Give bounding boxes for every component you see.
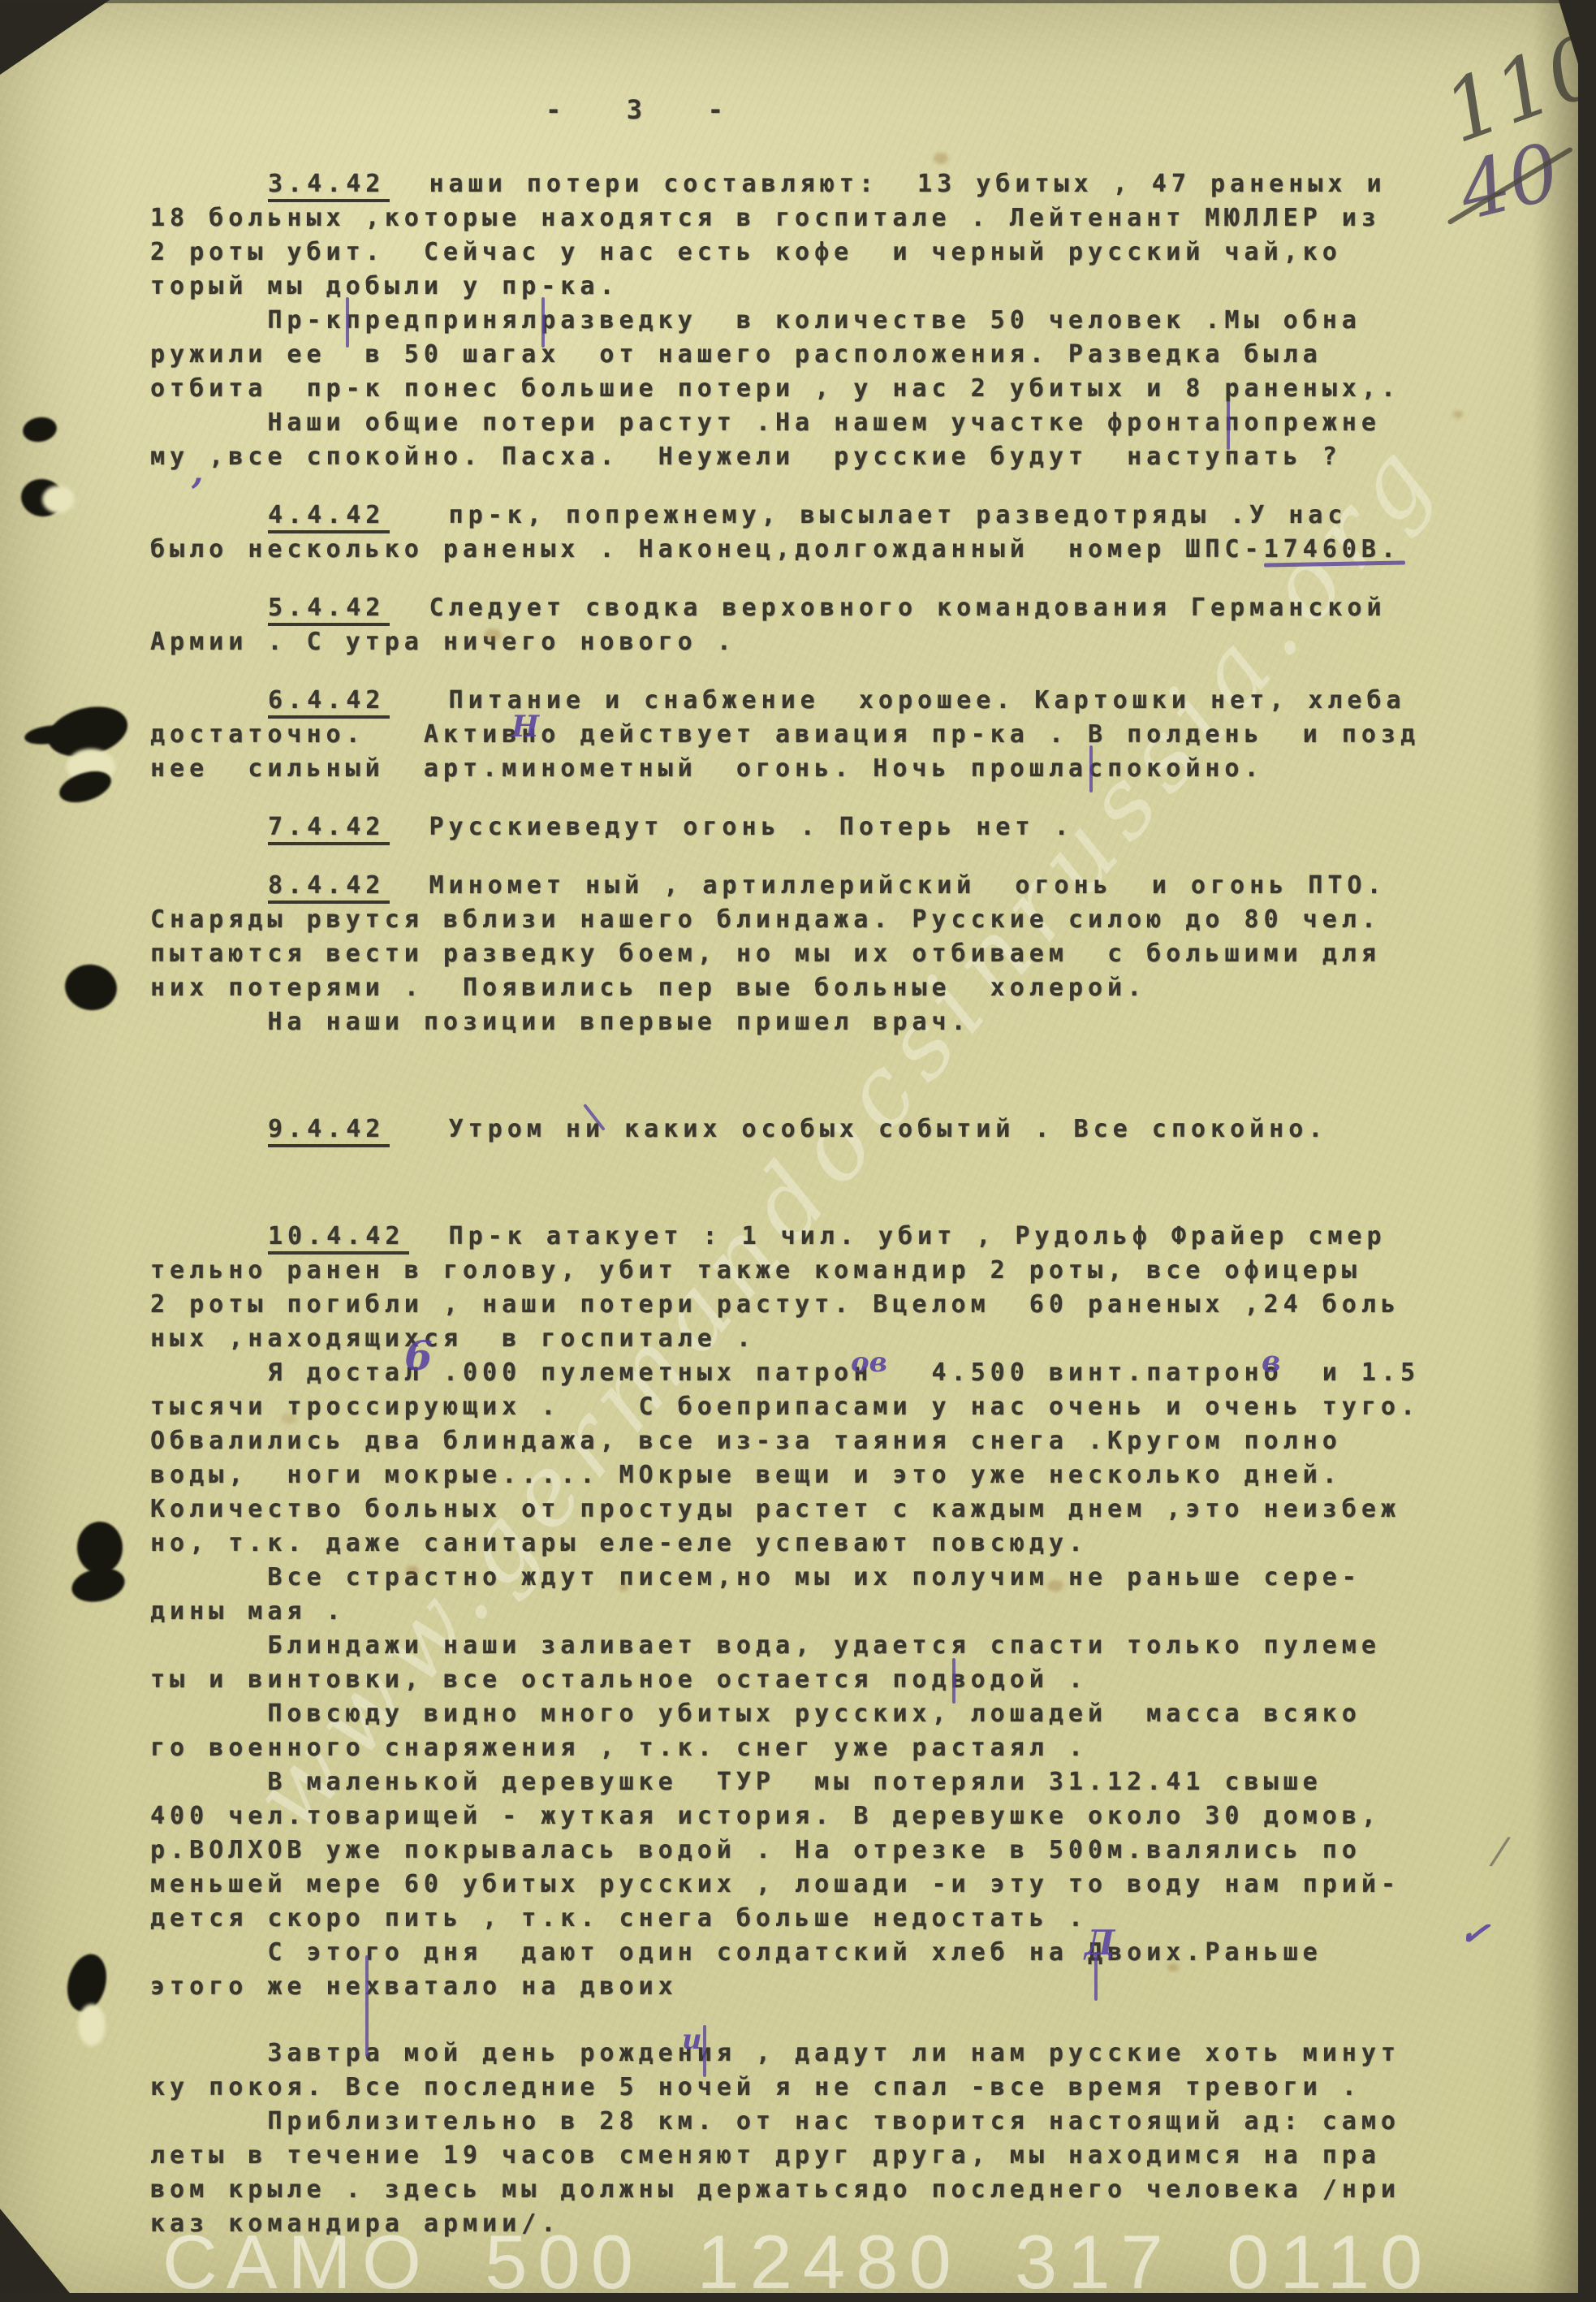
text-line: 7.4.42 Русскиеведут огонь . Потерь нет .	[150, 810, 1482, 844]
text-line: ружили ее в 50 шагах от нашего расположе…	[150, 338, 1482, 372]
stain	[1047, 1580, 1063, 1592]
text-line: было несколько раненых . Наконец,долгожд…	[150, 533, 1482, 567]
text-line: леты в течение 19 часов сменяют друг дру…	[150, 2139, 1482, 2173]
text-line: Армии . С утра ничего нового .	[150, 625, 1482, 659]
diary-entry: 9.4.42 Утром ни каких особых событий . В…	[150, 1112, 1482, 1147]
entry-date: 5.4.42	[268, 594, 390, 626]
ink-letters-addition: ов	[851, 1346, 887, 1379]
text-line: 2 роты убит. Сейчас у нас есть кофе и че…	[150, 235, 1482, 270]
scan-corner-bottom-left	[0, 2209, 77, 2302]
ink-insertion-stroke	[541, 297, 545, 348]
text-line: р.ВОЛХОВ уже покрывалась водой . На отре…	[150, 1833, 1482, 1868]
punch-hole	[77, 1522, 123, 1574]
stain	[619, 1583, 628, 1592]
text-line: пытаются вести разведку боем, но мы их о…	[150, 937, 1482, 971]
ink-letter-correction: Д	[1085, 1923, 1115, 1963]
text-line: ку покоя. Все последние 5 ночей я не спа…	[150, 2071, 1482, 2105]
text-line: 4.4.42 пр-к, попрежнему, высылает развед…	[150, 499, 1482, 533]
stain	[406, 1566, 419, 1575]
stain	[1167, 1963, 1179, 1972]
edge-mark	[21, 415, 59, 445]
text-line: них потерями . Появились пер вые больные…	[150, 971, 1482, 1005]
scan-edge-top	[0, 0, 1596, 3]
text-line: отбита пр-к понес большие потери , у нас…	[150, 372, 1482, 406]
text-line: меньшей мере 60 убитых русских , лошади …	[150, 1868, 1482, 1902]
entry-date: 6.4.42	[268, 686, 390, 719]
ink-insertion-stroke	[1089, 745, 1093, 793]
text-line: 3.4.42 наши потери составляют: 13 убитых…	[150, 167, 1482, 201]
pencil-slash-mark: /	[1491, 1828, 1508, 1872]
text-line: Приблизительно в 28 км. от нас творится …	[150, 2105, 1482, 2139]
ink-insertion-stroke	[703, 2025, 706, 2077]
diary-entry: Завтра мой день рождения , дадут ли нам …	[150, 2036, 1482, 2241]
stain	[1453, 411, 1463, 418]
paper-edge-shade	[1533, 0, 1581, 2302]
diary-entry: 5.4.42 Следует сводка верховного командо…	[150, 591, 1482, 659]
entry-first-line: Русскиеведут огонь . Потерь нет .	[390, 813, 1073, 841]
text-line: го военного снаряжения , т.к. снег уже р…	[150, 1731, 1482, 1765]
text-line: ных ,находящихся в госпитале .	[150, 1322, 1482, 1356]
punch-hole	[69, 1564, 128, 1607]
text-line: В маленькой деревушке ТУР мы потеряли 31…	[150, 1765, 1482, 1799]
stain	[484, 628, 502, 641]
text-line: этого же нехватало на двоих	[150, 1970, 1482, 2004]
text-line: Наши общие потери растут .На нашем участ…	[150, 406, 1482, 440]
text-line: Повсюду видно много убитых русских, лоша…	[150, 1697, 1482, 1731]
text-line: Все страстно ждут писем,но мы их получим…	[150, 1561, 1482, 1595]
text-line: но, т.к. даже санитары еле-еле успевают …	[150, 1527, 1482, 1561]
ink-insertion-stroke	[346, 297, 349, 348]
text-line: тельно ранен в голову, убит также команд…	[150, 1254, 1482, 1288]
scanned-page: www.germandocsinrussia.org - 3 - 3.4.42 …	[0, 0, 1596, 2302]
ink-insertion-stroke	[952, 1658, 955, 1704]
text-line: Пр-кпредпринялразведку в количестве 50 ч…	[150, 304, 1482, 338]
text-line: дется скоро пить , т.к. снега больше нед…	[150, 1902, 1482, 1936]
entry-date: 7.4.42	[268, 813, 390, 845]
text-line: достаточно. Активно действует авиация пр…	[150, 718, 1482, 752]
text-line: С этого дня дают один солдатский хлеб на…	[150, 1936, 1482, 1970]
stain	[281, 1413, 297, 1424]
text-line: ты и винтовки, все остальное остается по…	[150, 1663, 1482, 1697]
text-line: Количество больных от простуды растет с …	[150, 1492, 1482, 1527]
text-line: Я достал .000 пулеметных патрон 4.500 ви…	[150, 1356, 1482, 1390]
text-line: Снаряды рвутся вблизи нашего блиндажа. Р…	[150, 903, 1482, 937]
ink-checkmark: ✓	[1457, 1911, 1493, 1957]
ink-letter-correction: Н	[511, 710, 539, 744]
diary-entry: 8.4.42 Миномет ный , артиллерийский огон…	[150, 869, 1482, 1039]
text-line: Обвалились два блиндажа, все из-за таяни…	[150, 1424, 1482, 1458]
ink-digit-correction: 6	[404, 1332, 433, 1380]
entry-first-line: Пр-к атакует : 1 чил. убит , Рудольф Фра…	[409, 1222, 1386, 1250]
text-line: нее сильный арт.минометный огонь. Ночь п…	[150, 752, 1482, 786]
text-line: На наши позиции впервые пришел врач.	[150, 1005, 1482, 1039]
text-line: 9.4.42 Утром ни каких особых событий . В…	[150, 1112, 1482, 1147]
text-line: вом крыле . здесь мы должны держатьсядо …	[150, 2173, 1482, 2207]
punch-hole	[62, 961, 121, 1014]
entry-date: 4.4.42	[268, 501, 390, 533]
ink-insertion-stroke	[1227, 401, 1230, 450]
diary-entry: 7.4.42 Русскиеведут огонь . Потерь нет .	[150, 810, 1482, 844]
text-line: дины мая .	[150, 1595, 1482, 1629]
entry-first-line: Питание и снабжение хорошее. Картошки не…	[390, 686, 1405, 715]
entry-first-line: Следует сводка верховного командования Г…	[390, 594, 1386, 622]
diary-entry: 4.4.42 пр-к, попрежнему, высылает развед…	[150, 499, 1482, 567]
entry-date: 10.4.42	[268, 1222, 409, 1255]
ink-insertion-stroke	[365, 1955, 369, 2057]
text-line: 400 чел.товарищей - жуткая история. В де…	[150, 1799, 1482, 1833]
diary-entry: 3.4.42 наши потери составляют: 13 убитых…	[150, 167, 1482, 474]
text-line: 2 роты погибли , наши потери растут. Вце…	[150, 1288, 1482, 1322]
entry-first-line: пр-к, попрежнему, высылает разведотряды …	[390, 501, 1347, 529]
page-number: - 3 -	[546, 94, 735, 125]
entry-date: 8.4.42	[268, 871, 390, 904]
text-line: 8.4.42 Миномет ный , артиллерийский огон…	[150, 869, 1482, 903]
ink-letter-correction: и	[682, 2023, 702, 2056]
text-line: му ,все спокойно. Пасха. Неужели русские…	[150, 440, 1482, 474]
ink-insertion-stroke	[1094, 1952, 1098, 2001]
text-line: Завтра мой день рождения , дадут ли нам …	[150, 2036, 1482, 2071]
text-line: 18 больных ,которые находятся в госпитал…	[150, 201, 1482, 235]
text-line: 6.4.42 Питание и снабжение хорошее. Карт…	[150, 684, 1482, 718]
entry-first-line: наши потери составляют: 13 убитых , 47 р…	[390, 170, 1386, 198]
scan-edge-right	[1578, 0, 1596, 2302]
entry-date: 9.4.42	[268, 1115, 390, 1147]
entry-first-line: Миномет ный , артиллерийский огонь и ого…	[390, 871, 1386, 900]
text-line: тысячи троссирующих . С боеприпасами у н…	[150, 1390, 1482, 1424]
entry-date: 3.4.42	[268, 170, 390, 202]
text-line: 10.4.42 Пр-к атакует : 1 чил. убит , Руд…	[150, 1220, 1482, 1254]
text-line: воды, ноги мокрые..... МОкрые вещи и это…	[150, 1458, 1482, 1492]
ink-comma-mark: ,	[192, 451, 204, 491]
text-line: Блиндажи наши заливает вода, удается спа…	[150, 1629, 1482, 1663]
scan-edge-bottom	[0, 2293, 1596, 2302]
archive-watermark: САМО_500_12480_317_0110	[162, 2218, 1433, 2302]
paper-tear	[42, 486, 75, 513]
paper-tear	[78, 2004, 106, 2046]
document-body: 3.4.42 наши потери составляют: 13 убитых…	[150, 162, 1482, 2241]
diary-entry: 6.4.42 Питание и снабжение хорошее. Карт…	[150, 684, 1482, 786]
scan-corner-top-left	[0, 0, 110, 75]
text-line: торый мы добыли у пр-ка.	[150, 270, 1482, 304]
stain	[934, 153, 948, 164]
text-line: 5.4.42 Следует сводка верховного командо…	[150, 591, 1482, 625]
diary-entry: 10.4.42 Пр-к атакует : 1 чил. убит , Руд…	[150, 1220, 1482, 2004]
entry-first-line: Утром ни каких особых событий . Все спок…	[390, 1115, 1327, 1143]
ink-letter-addition: в	[1262, 1345, 1281, 1379]
